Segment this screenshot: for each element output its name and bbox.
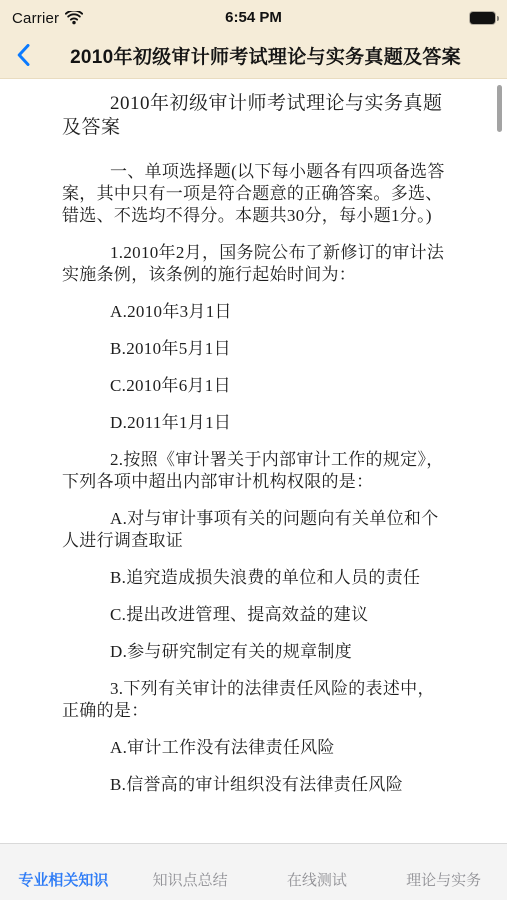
document-paragraph: B.追究造成损失浪费的单位和人员的责任 xyxy=(62,567,449,589)
document-paragraph: 3.下列有关审计的法律责任风险的表述中，正确的是： xyxy=(62,678,449,722)
document-paragraph: 2.按照《审计署关于内部审计工作的规定》，下列各项中超出内部审计机构权限的是： xyxy=(62,449,449,493)
document-paragraph: 一、单项选择题(以下每小题各有四项备选答案，其中只有一项是符合题意的正确答案。多… xyxy=(62,161,449,227)
tab-professional-knowledge[interactable]: 专业相关知识 xyxy=(0,869,127,890)
tab-online-test[interactable]: 在线测试 xyxy=(254,869,381,890)
document-paragraph: C.提出改进管理、提高效益的建议 xyxy=(62,604,449,626)
carrier-label: Carrier xyxy=(12,10,59,27)
document-paragraph: A.对与审计事项有关的问题向有关单位和个人进行调查取证 xyxy=(62,508,449,552)
document-paragraph: D.2011年1月1日 xyxy=(62,412,449,434)
nav-bar: 2010年初级审计师考试理论与实务真题及答案 xyxy=(0,32,507,79)
document-content[interactable]: 2010年初级审计师考试理论与实务真题及答案 一、单项选择题(以下每小题各有四项… xyxy=(0,79,507,843)
clock: 6:54 PM xyxy=(225,9,282,26)
battery-icon xyxy=(470,12,495,24)
document-paragraph: A.2010年3月1日 xyxy=(62,301,449,323)
wifi-icon xyxy=(65,11,83,25)
document-paragraph: C.2010年6月1日 xyxy=(62,375,449,397)
tab-theory-and-practice[interactable]: 理论与实务 xyxy=(380,869,507,890)
document-paragraph: 1.2010年2月，国务院公布了新修订的审计法实施条例，该条例的施行起始时间为： xyxy=(62,242,449,286)
document-paragraph: A.审计工作没有法律责任风险 xyxy=(62,737,449,759)
document-paragraph: B.2010年5月1日 xyxy=(62,338,449,360)
document-title: 2010年初级审计师考试理论与实务真题及答案 xyxy=(62,92,449,140)
app-screen: Carrier 6:54 PM 2010年初级审计师考试理论与实务真题及答案 xyxy=(0,0,507,900)
document-paragraph: B.信誉高的审计组织没有法律责任风险 xyxy=(62,774,449,796)
document-paragraph: D.参与研究制定有关的规章制度 xyxy=(62,641,449,663)
status-bar: Carrier 6:54 PM xyxy=(0,0,507,32)
tab-bar: 专业相关知识 知识点总结 在线测试 理论与实务 xyxy=(0,843,507,900)
page-title: 2010年初级审计师考试理论与实务真题及答案 xyxy=(40,42,501,69)
back-chevron-icon xyxy=(17,44,30,66)
back-button[interactable] xyxy=(6,35,40,75)
scrollbar-thumb[interactable] xyxy=(497,85,502,132)
tab-knowledge-points-summary[interactable]: 知识点总结 xyxy=(127,869,254,890)
